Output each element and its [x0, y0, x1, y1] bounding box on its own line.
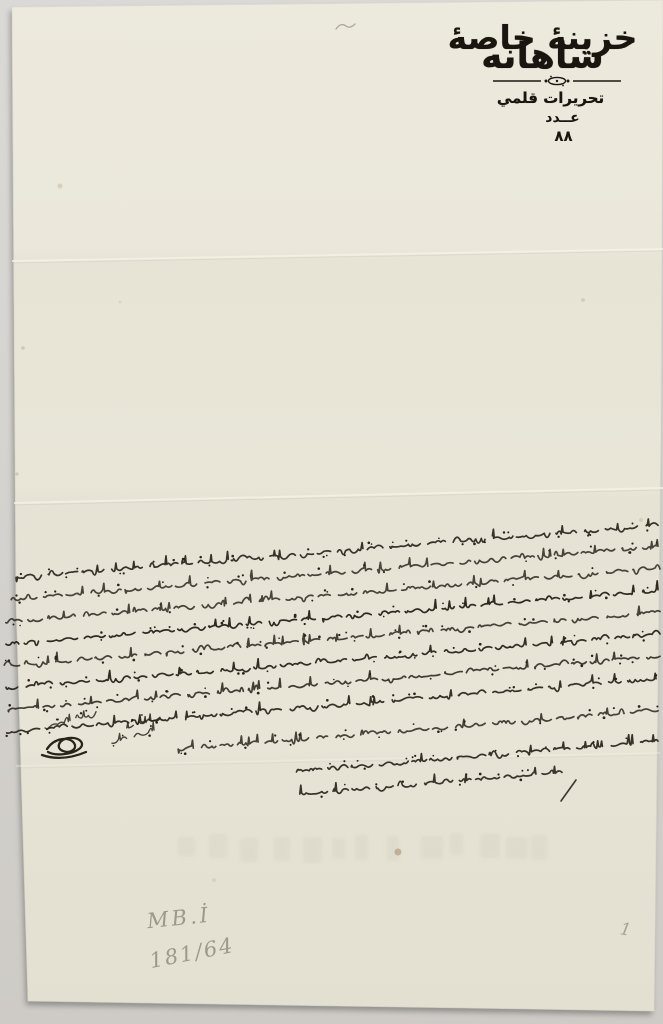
divider-ornament-icon — [491, 73, 623, 87]
aded-label: عــدد — [430, 110, 655, 126]
paper-scan-layer — [0, 0, 663, 1024]
letterhead: خزينهٔ خاصهٔ شاهانه تحريرات قلمي عــدد ٨… — [430, 20, 655, 145]
paper-sheet — [12, 0, 663, 1011]
aded-number: ٨٨ — [430, 127, 655, 145]
scanned-document: خزينهٔ خاصهٔ شاهانه تحريرات قلمي عــدد ٨… — [0, 0, 663, 1024]
letterhead-office-line: تحريرات قلمي — [430, 89, 655, 107]
